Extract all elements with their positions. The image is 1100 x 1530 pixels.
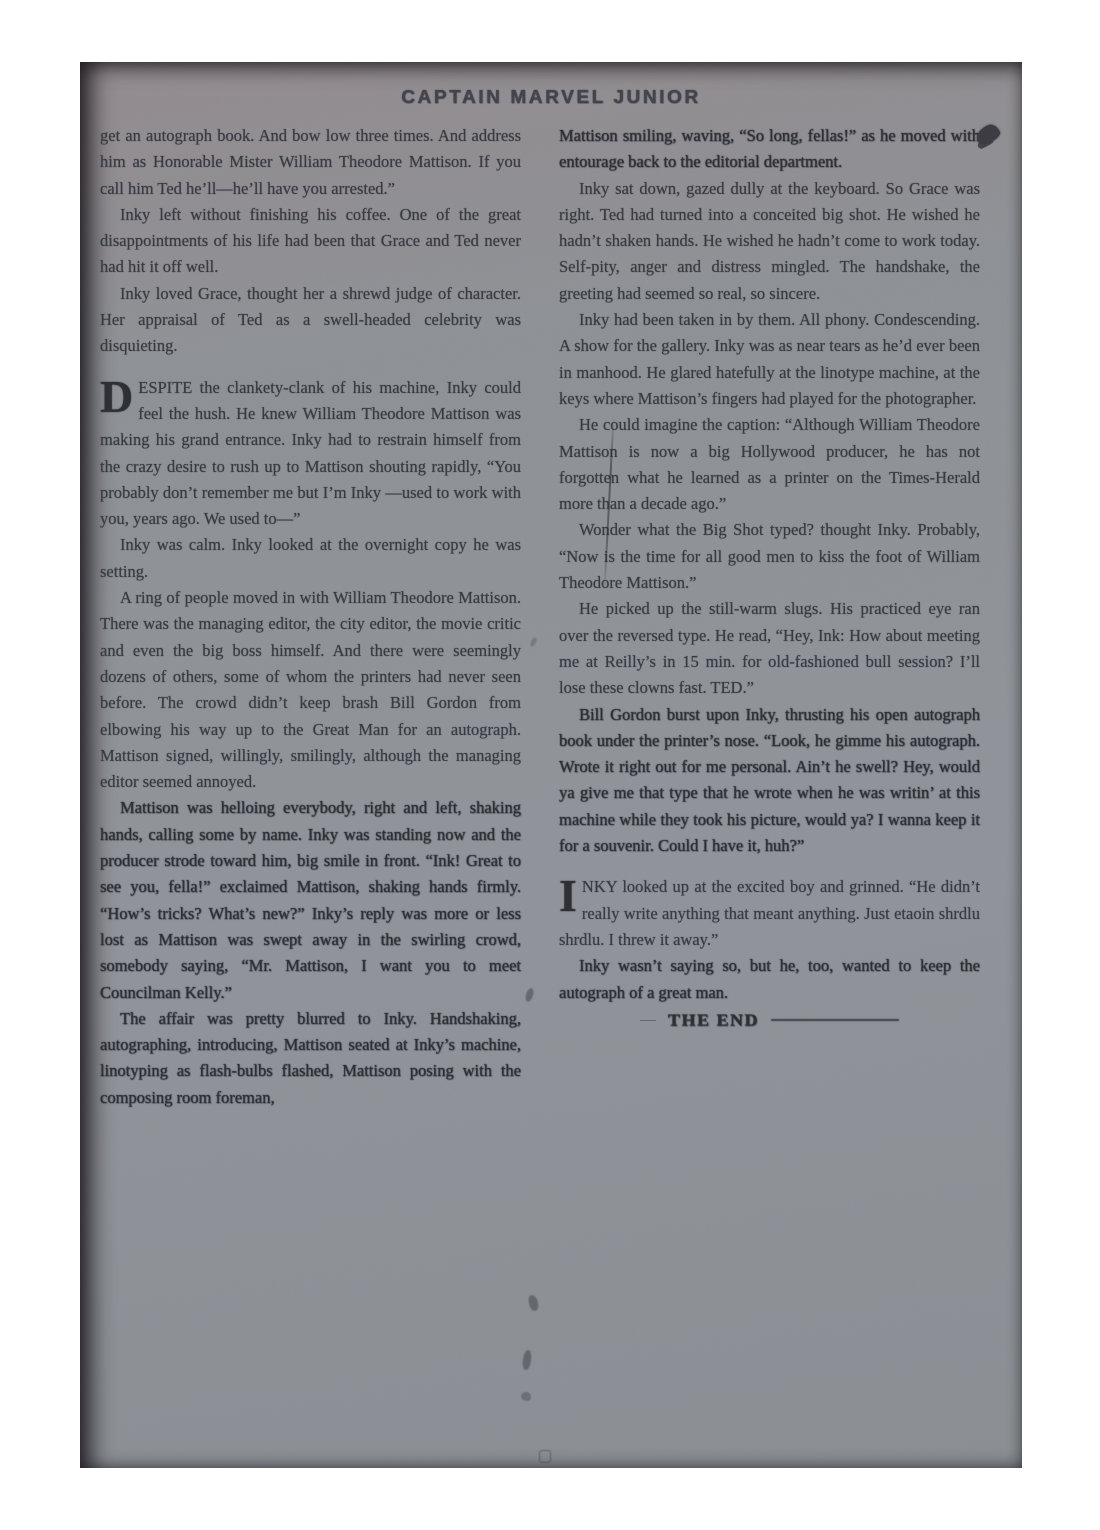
paragraph: Inky had been taken in by them. All phon… — [559, 307, 980, 412]
paragraph: Bill Gordon burst upon Inky, thrusting h… — [559, 702, 980, 860]
page-header-title: CAPTAIN MARVEL JUNIOR — [80, 87, 1022, 108]
paragraph: Mattison was helloing everybody, right a… — [100, 795, 521, 1005]
the-end-row: THE END — [559, 1010, 980, 1031]
end-rule-line — [771, 1019, 899, 1021]
paragraph: Wonder what the Big Shot typed? thought … — [559, 517, 980, 596]
paragraph: The affair was pretty blurred to Inky. H… — [100, 1006, 521, 1111]
smudge-artifact — [539, 1450, 551, 1463]
two-column-text-block: get an autograph book. And bow low three… — [80, 109, 1022, 1111]
paragraph: get an autograph book. And bow low three… — [100, 123, 521, 202]
text-column-right: Mattison smiling, waving, “So long, fell… — [559, 123, 980, 1111]
end-dash — [640, 1020, 656, 1021]
paragraph: He could imagine the caption: “Although … — [559, 412, 980, 517]
paragraph: A ring of people moved in with William T… — [100, 585, 521, 795]
smudge-artifact — [521, 1392, 531, 1401]
scanned-page: CAPTAIN MARVEL JUNIOR get an autograph b… — [80, 62, 1022, 1468]
paragraph: INKY looked up at the excited boy and gr… — [559, 874, 980, 953]
paragraph: Inky loved Grace, thought her a shrewd j… — [100, 281, 521, 360]
smudge-artifact — [527, 1294, 539, 1312]
paragraph: Inky was calm. Inky looked at the overni… — [100, 532, 521, 585]
paragraph: He picked up the still-warm slugs. His p… — [559, 596, 980, 701]
paragraph: Inky sat down, gazed dully at the keyboa… — [559, 176, 980, 307]
paragraph: Mattison smiling, waving, “So long, fell… — [559, 123, 980, 176]
paragraph: Inky wasn’t saying so, but he, too, want… — [559, 953, 980, 1006]
drop-cap: I — [559, 874, 582, 916]
text-column-left: get an autograph book. And bow low three… — [100, 123, 521, 1111]
drop-cap: D — [100, 375, 138, 417]
smudge-artifact — [522, 1350, 533, 1371]
the-end-label: THE END — [668, 1010, 759, 1030]
paragraph: DESPITE the clankety-clank of his machin… — [100, 375, 521, 533]
paragraph: Inky left without finishing his coffee. … — [100, 202, 521, 281]
